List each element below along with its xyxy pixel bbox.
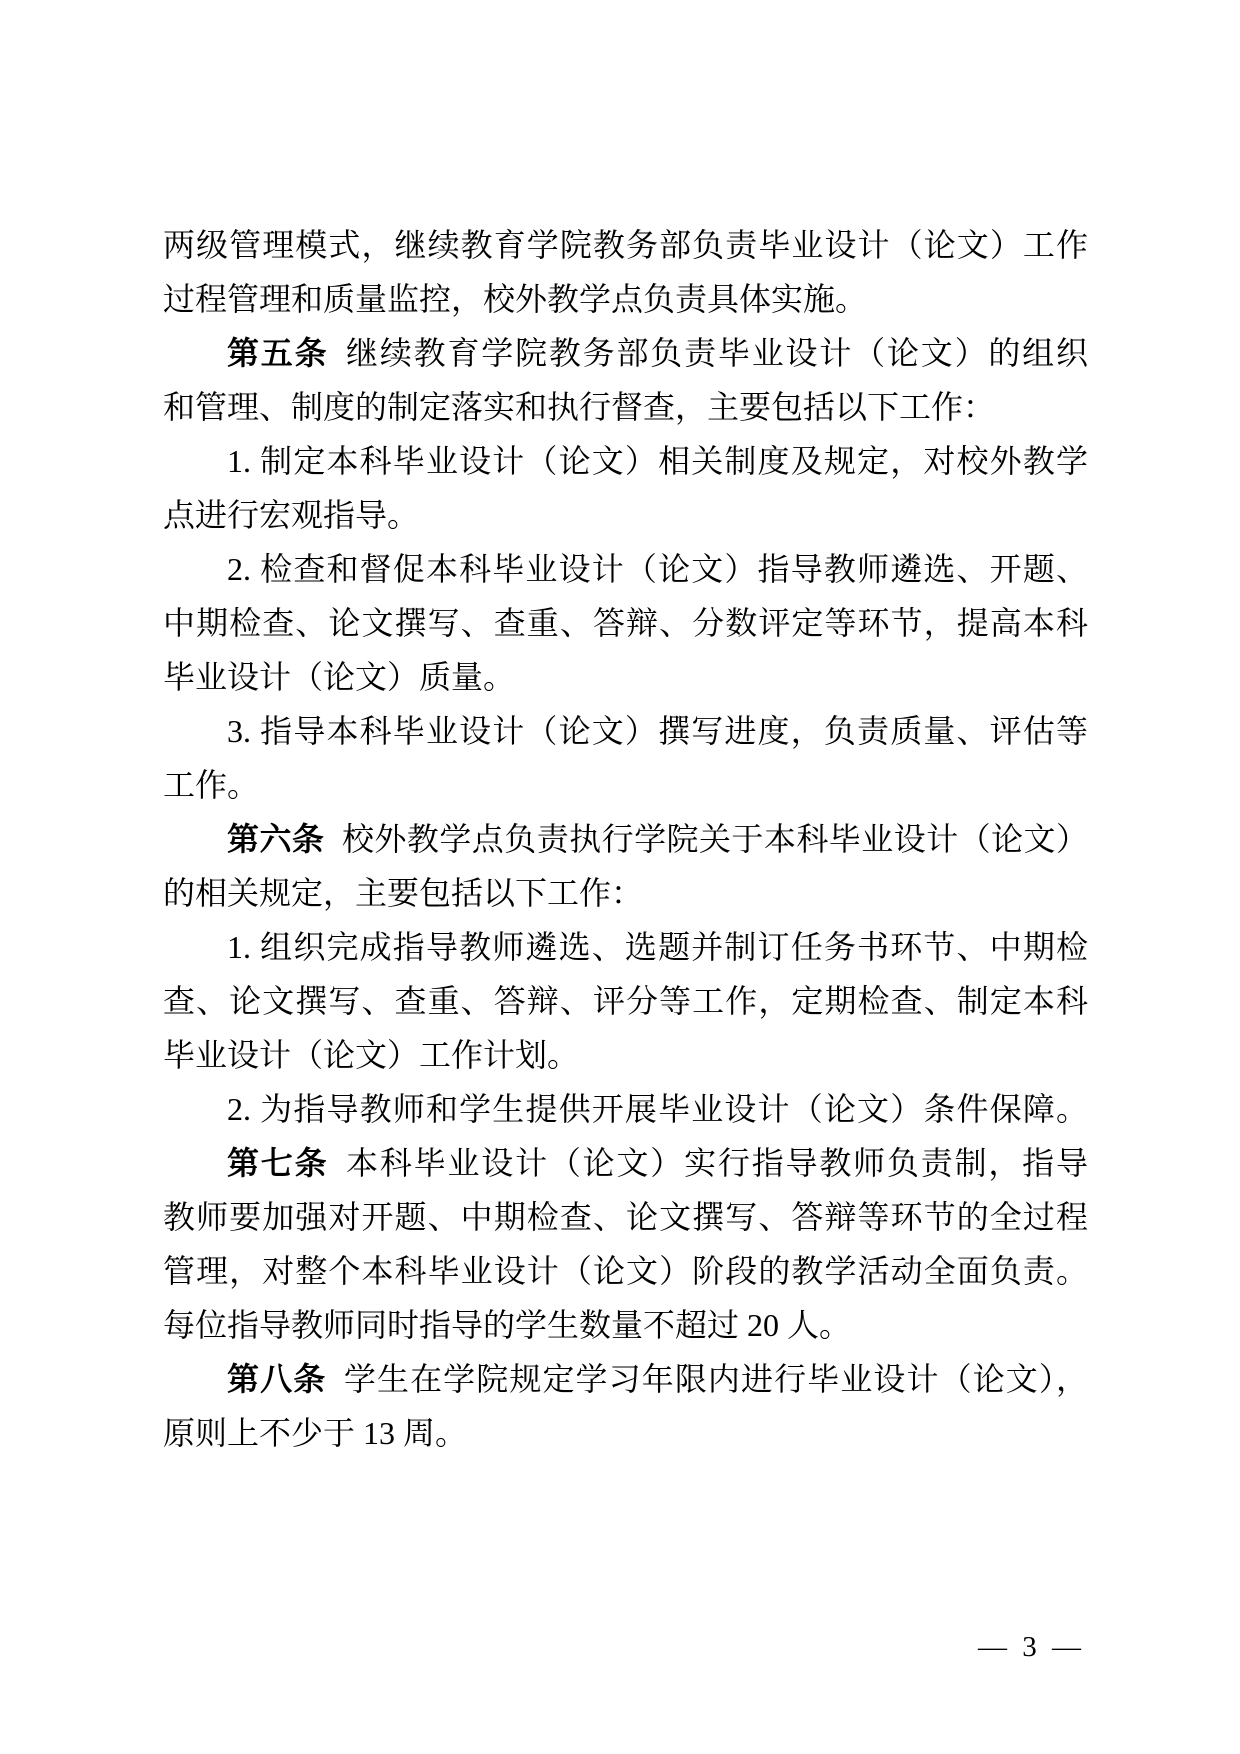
line-text: 继续教育学院教务部负责毕业设计（论文）的组织 [346, 335, 1088, 371]
line-text: 学生在学院规定学习年限内进行毕业设计（论文）， [344, 1361, 1088, 1397]
body-line: 工作。 [163, 758, 1088, 812]
body-line: 1. 组织完成指导教师遴选、选题并制订任务书环节、中期检 [163, 920, 1088, 974]
body-line: 第六条校外教学点负责执行学院关于本科毕业设计（论文） [163, 812, 1088, 866]
body-line: 毕业设计（论文）质量。 [163, 650, 1088, 704]
body-line: 第八条学生在学院规定学习年限内进行毕业设计（论文）， [163, 1352, 1088, 1406]
body-line: 3. 指导本科毕业设计（论文）撰写进度，负责质量、评估等 [163, 704, 1088, 758]
body-line: 管理，对整个本科毕业设计（论文）阶段的教学活动全面负责。 [163, 1244, 1088, 1298]
body-line: 两级管理模式，继续教育学院教务部负责毕业设计（论文）工作 [163, 218, 1088, 272]
article-heading: 第八条 [227, 1361, 326, 1397]
body-line: 过程管理和质量监控，校外教学点负责具体实施。 [163, 272, 1088, 326]
body-line: 第七条本科毕业设计（论文）实行指导教师负责制，指导 [163, 1136, 1088, 1190]
page-number: — 3 — [978, 1630, 1085, 1664]
body-line: 的相关规定，主要包括以下工作： [163, 866, 1088, 920]
body-line: 点进行宏观指导。 [163, 488, 1088, 542]
line-text: 本科毕业设计（论文）实行指导教师负责制，指导 [346, 1145, 1088, 1181]
article-heading: 第七条 [227, 1145, 328, 1181]
body-line: 毕业设计（论文）工作计划。 [163, 1028, 1088, 1082]
body-line: 教师要加强对开题、中期检查、论文撰写、答辩等环节的全过程 [163, 1190, 1088, 1244]
body-line: 查、论文撰写、查重、答辩、评分等工作，定期检查、制定本科 [163, 974, 1088, 1028]
body-line: 2. 检查和督促本科毕业设计（论文）指导教师遴选、开题、 [163, 542, 1088, 596]
body-line: 1. 制定本科毕业设计（论文）相关制度及规定，对校外教学 [163, 434, 1088, 488]
line-text: 校外教学点负责执行学院关于本科毕业设计（论文） [342, 821, 1088, 857]
article-heading: 第六条 [227, 821, 324, 857]
document-page: 两级管理模式，继续教育学院教务部负责毕业设计（论文）工作 过程管理和质量监控，校… [0, 0, 1240, 1754]
body-line: 第五条继续教育学院教务部负责毕业设计（论文）的组织 [163, 326, 1088, 380]
body-line: 2. 为指导教师和学生提供开展毕业设计（论文）条件保障。 [163, 1082, 1088, 1136]
body-line: 每位指导教师同时指导的学生数量不超过 20 人。 [163, 1298, 1088, 1352]
document-body: 两级管理模式，继续教育学院教务部负责毕业设计（论文）工作 过程管理和质量监控，校… [163, 218, 1088, 1460]
article-heading: 第五条 [227, 335, 328, 371]
body-line: 和管理、制度的制定落实和执行督查，主要包括以下工作： [163, 380, 1088, 434]
body-line: 原则上不少于 13 周。 [163, 1406, 1088, 1460]
body-line: 中期检查、论文撰写、查重、答辩、分数评定等环节，提高本科 [163, 596, 1088, 650]
